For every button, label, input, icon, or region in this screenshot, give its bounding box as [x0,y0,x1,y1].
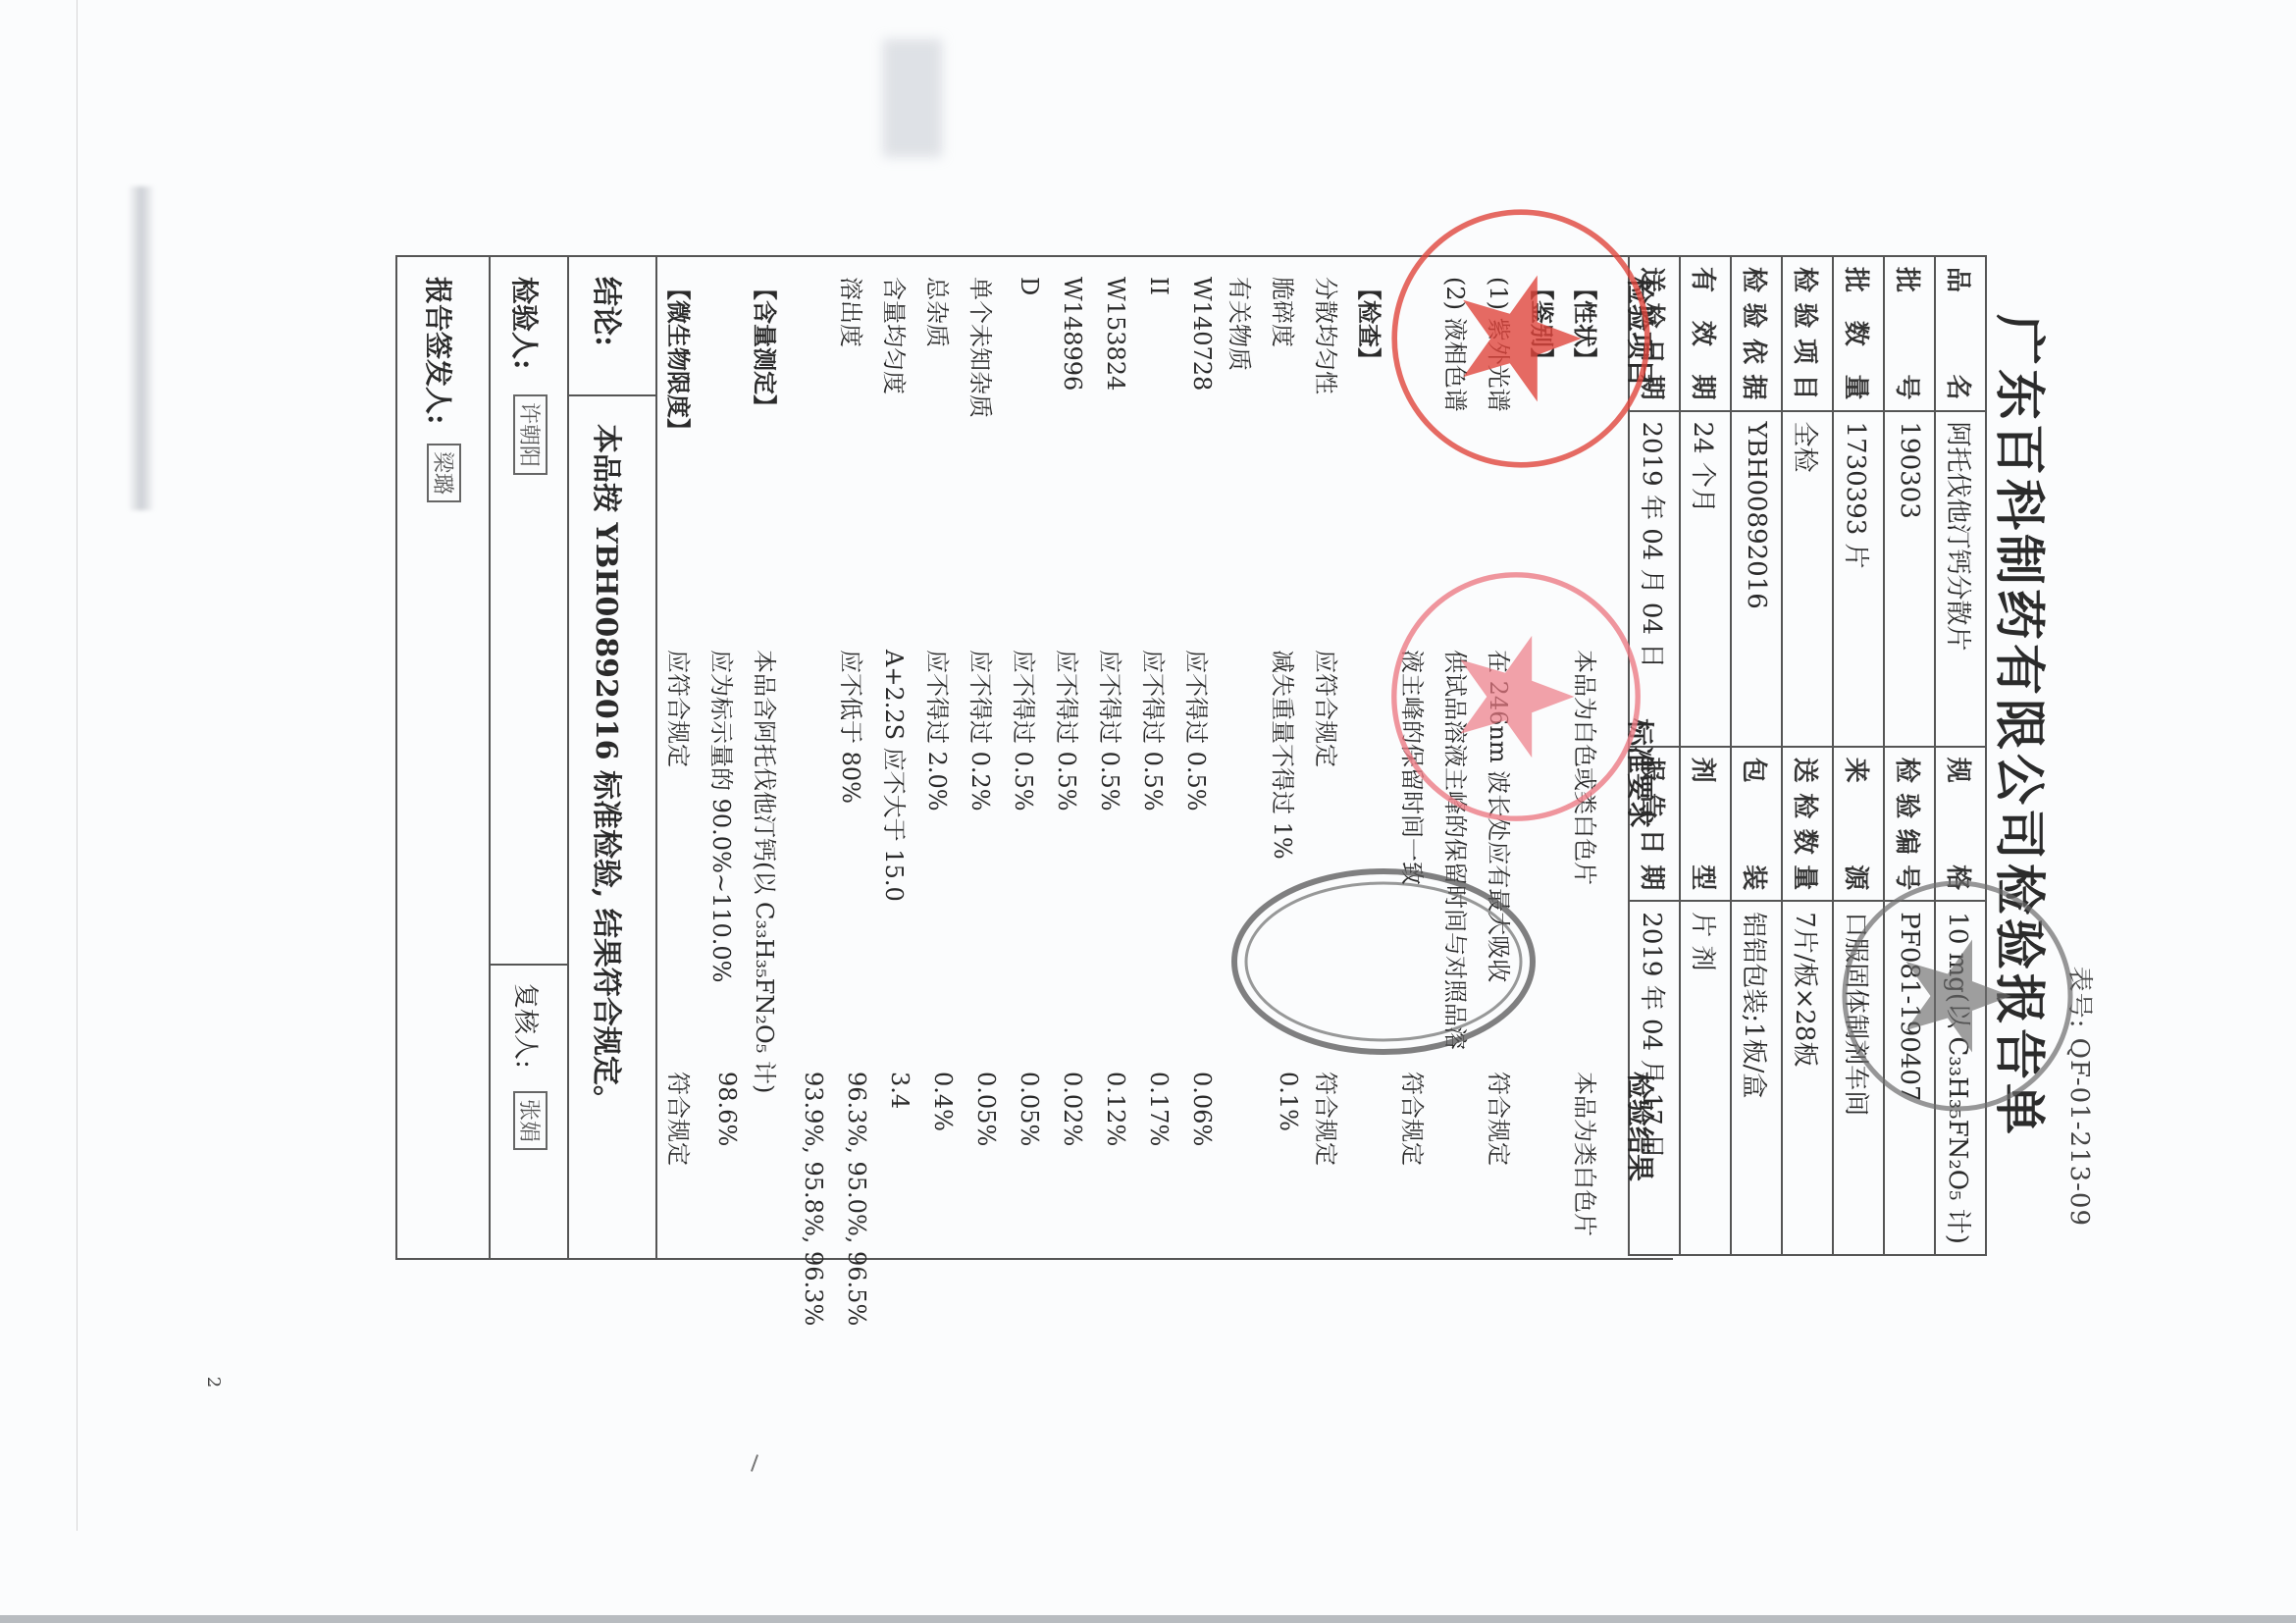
product-info-table: 品 名阿托伐他汀钙分散片规 格10 mg(以 C₃₃H₃₅FN₂O₅ 计)批 号… [1628,255,1987,1256]
test-item: (2) 液相色谱 [1440,277,1475,412]
info-value: 24 个月 [1680,411,1731,747]
form-number: 表号: QF-01-213-09 [2063,967,2100,1227]
test-result: 符合规定 [1311,1072,1345,1166]
test-result: 0.1% [1275,1072,1302,1131]
info-row: 有 效 期24 个月剂 型片 剂 [1680,256,1731,1255]
info-value: 片 剂 [1680,901,1731,1255]
test-standard: 应不得过 0.5% [1009,650,1043,811]
test-standard: 应不得过 2.0% [922,650,957,811]
stray-mark [751,1454,758,1472]
test-item: 【鉴别】 [1527,277,1561,371]
test-result: 0.17% [1145,1072,1173,1146]
issuer-signature: 梁璐 [427,444,461,502]
info-label: 来 源 [1833,747,1884,902]
test-result: 0.06% [1188,1072,1216,1146]
test-standard: 应不得过 0.5% [1138,650,1173,811]
info-label: 包 装 [1731,747,1782,902]
info-value: 阿托伐他汀钙分散片 [1935,411,1986,747]
test-result: 符合规定 [1397,1072,1432,1166]
test-item: 脆碎度 [1268,277,1302,347]
info-row: 检验项目全检送检数量7片/板×28板 [1782,256,1833,1255]
page-number: 2 [203,1377,224,1387]
info-label: 规 格 [1935,747,1986,902]
info-label: 批 号 [1884,256,1935,411]
test-item: D [1016,277,1043,295]
test-item: W140728 [1188,277,1216,391]
info-label: 有 效 期 [1680,256,1731,411]
test-standard: 减失重量不得过 1% [1268,650,1302,860]
test-item: 分散均匀性 [1311,277,1345,394]
test-standard: 应不得过 0.5% [1095,650,1129,811]
test-result: 96.3%, 95.0%, 96.5% [843,1072,870,1326]
test-item: W153824 [1102,277,1129,391]
test-standard: 供试品溶液主峰的保留时间与对照品溶 [1440,650,1475,1050]
inspector-signature: 许朝阳 [513,394,548,475]
test-result: 0.4% [929,1072,957,1131]
test-item: 【性状】 [1570,277,1604,371]
column-header-item: 检验项目 [1622,277,1661,387]
info-value: 全检 [1782,411,1833,747]
conclusion-row: 结论: 本品按 YBH00892016 标准检验, 结果符合规定。 [567,257,657,1258]
test-item: II [1145,277,1173,295]
test-standard: 应不得过 0.2% [965,650,1000,811]
test-result: 93.9%, 95.8%, 96.3% [800,1072,827,1326]
column-header-standard: 标准要求 [1622,718,1661,828]
test-standard: 在 246nm 波长处应有最大吸收 [1484,650,1518,982]
conclusion-text: 本品按 YBH00892016 标准检验, 结果符合规定。 [588,424,631,1115]
test-item: 【微生物限度】 [663,277,698,442]
conclusion-label: 结论: [588,277,631,346]
column-header-result: 检验结果 [1622,1072,1661,1181]
test-item: 含量均匀度 [879,277,913,394]
scan-smudge [883,39,942,157]
test-result: 0.12% [1102,1072,1129,1146]
test-result: 本品为类白色片 [1570,1072,1604,1236]
issuer-row: 报告签发人: 梁璐 [395,257,491,1258]
scan-bottom-bar [0,1615,2296,1623]
test-result: 0.02% [1059,1072,1086,1146]
info-row: 品 名阿托伐他汀钙分散片规 格10 mg(以 C₃₃H₃₅FN₂O₅ 计) [1935,256,1986,1255]
test-standard: A+2.2S 应不大于 15.0 [879,650,913,902]
test-standard: 应为标示量的 90.0%~110.0% [706,650,741,983]
test-standard: 液主峰的保留时间一致 [1397,650,1432,885]
test-result: 3.4 [886,1072,913,1109]
info-label: 剂 型 [1680,747,1731,902]
issuer-label: 报告签发人: [420,277,459,424]
test-item: 单个未知杂质 [965,277,1000,418]
info-value: 口服固体制剂车间 [1833,901,1884,1255]
info-label: 检验项目 [1782,256,1833,411]
test-standard: 本品为白色或类白色片 [1570,650,1604,885]
info-value: 10 mg(以 C₃₃H₃₅FN₂O₅ 计) [1935,901,1986,1255]
info-value: PF081-190407 [1884,901,1935,1255]
info-label: 检验依据 [1731,256,1782,411]
reviewer-signature: 张娟 [513,1091,548,1150]
info-value: 1730393 片 [1833,411,1884,747]
info-value: YBH00892016 [1731,411,1782,747]
info-label: 批 数 量 [1833,256,1884,411]
info-label: 送检数量 [1782,747,1833,902]
test-standard: 本品含阿托伐他汀钙(以 C₃₃H₃₅FN₂O₅ 计) [750,650,784,1093]
test-result: 符合规定 [1484,1072,1518,1166]
signature-row: 检验人: 许朝阳 复核人: 张娟 [489,257,569,1258]
info-label: 品 名 [1935,256,1986,411]
info-value: 7片/板×28板 [1782,901,1833,1255]
test-standard: 应符合规定 [1311,650,1345,767]
info-label: 检验编号 [1884,747,1935,902]
test-item: 【检查】 [1354,277,1388,371]
scan-smudge [128,186,155,510]
test-result: 98.6% [713,1072,741,1146]
test-standard: 应不得过 0.5% [1181,650,1216,811]
test-item: 有关物质 [1225,277,1259,371]
info-row: 检验依据YBH00892016包 装铝铝包装;1板/盒 [1731,256,1782,1255]
report-title: 广东百科制药有限公司检验报告单 [1987,186,2061,1266]
test-item: 【含量测定】 [750,277,784,418]
test-item: (1) 紫外光谱 [1484,277,1518,412]
info-value: 铝铝包装;1板/盒 [1731,901,1782,1255]
info-row: 批 数 量1730393 片来 源口服固体制剂车间 [1833,256,1884,1255]
test-result: 0.05% [1016,1072,1043,1146]
test-item: 溶出度 [836,277,870,347]
reviewer-label: 复核人: [509,983,546,1069]
test-results-section: 检验项目 标准要求 检验结果 【性状】本品为白色或类白色片本品为类白色片【鉴别】… [395,255,1673,1260]
test-standard: 应不得过 0.5% [1052,650,1086,811]
inspection-report-page: 表号: QF-01-213-09 广东百科制药有限公司检验报告单 品 名阿托伐他… [275,186,2119,1266]
test-standard: 应不低于 80% [836,650,870,804]
test-result: 0.05% [972,1072,1000,1146]
scan-edge [77,0,78,1531]
test-item: W148996 [1059,277,1086,391]
inspector-label: 检验人: [506,277,546,369]
test-item: 总杂质 [922,277,957,347]
info-row: 批 号190303检验编号PF081-190407 [1884,256,1935,1255]
test-result: 符合规定 [663,1072,698,1166]
info-value: 190303 [1884,411,1935,747]
test-standard: 应符合规定 [663,650,698,767]
